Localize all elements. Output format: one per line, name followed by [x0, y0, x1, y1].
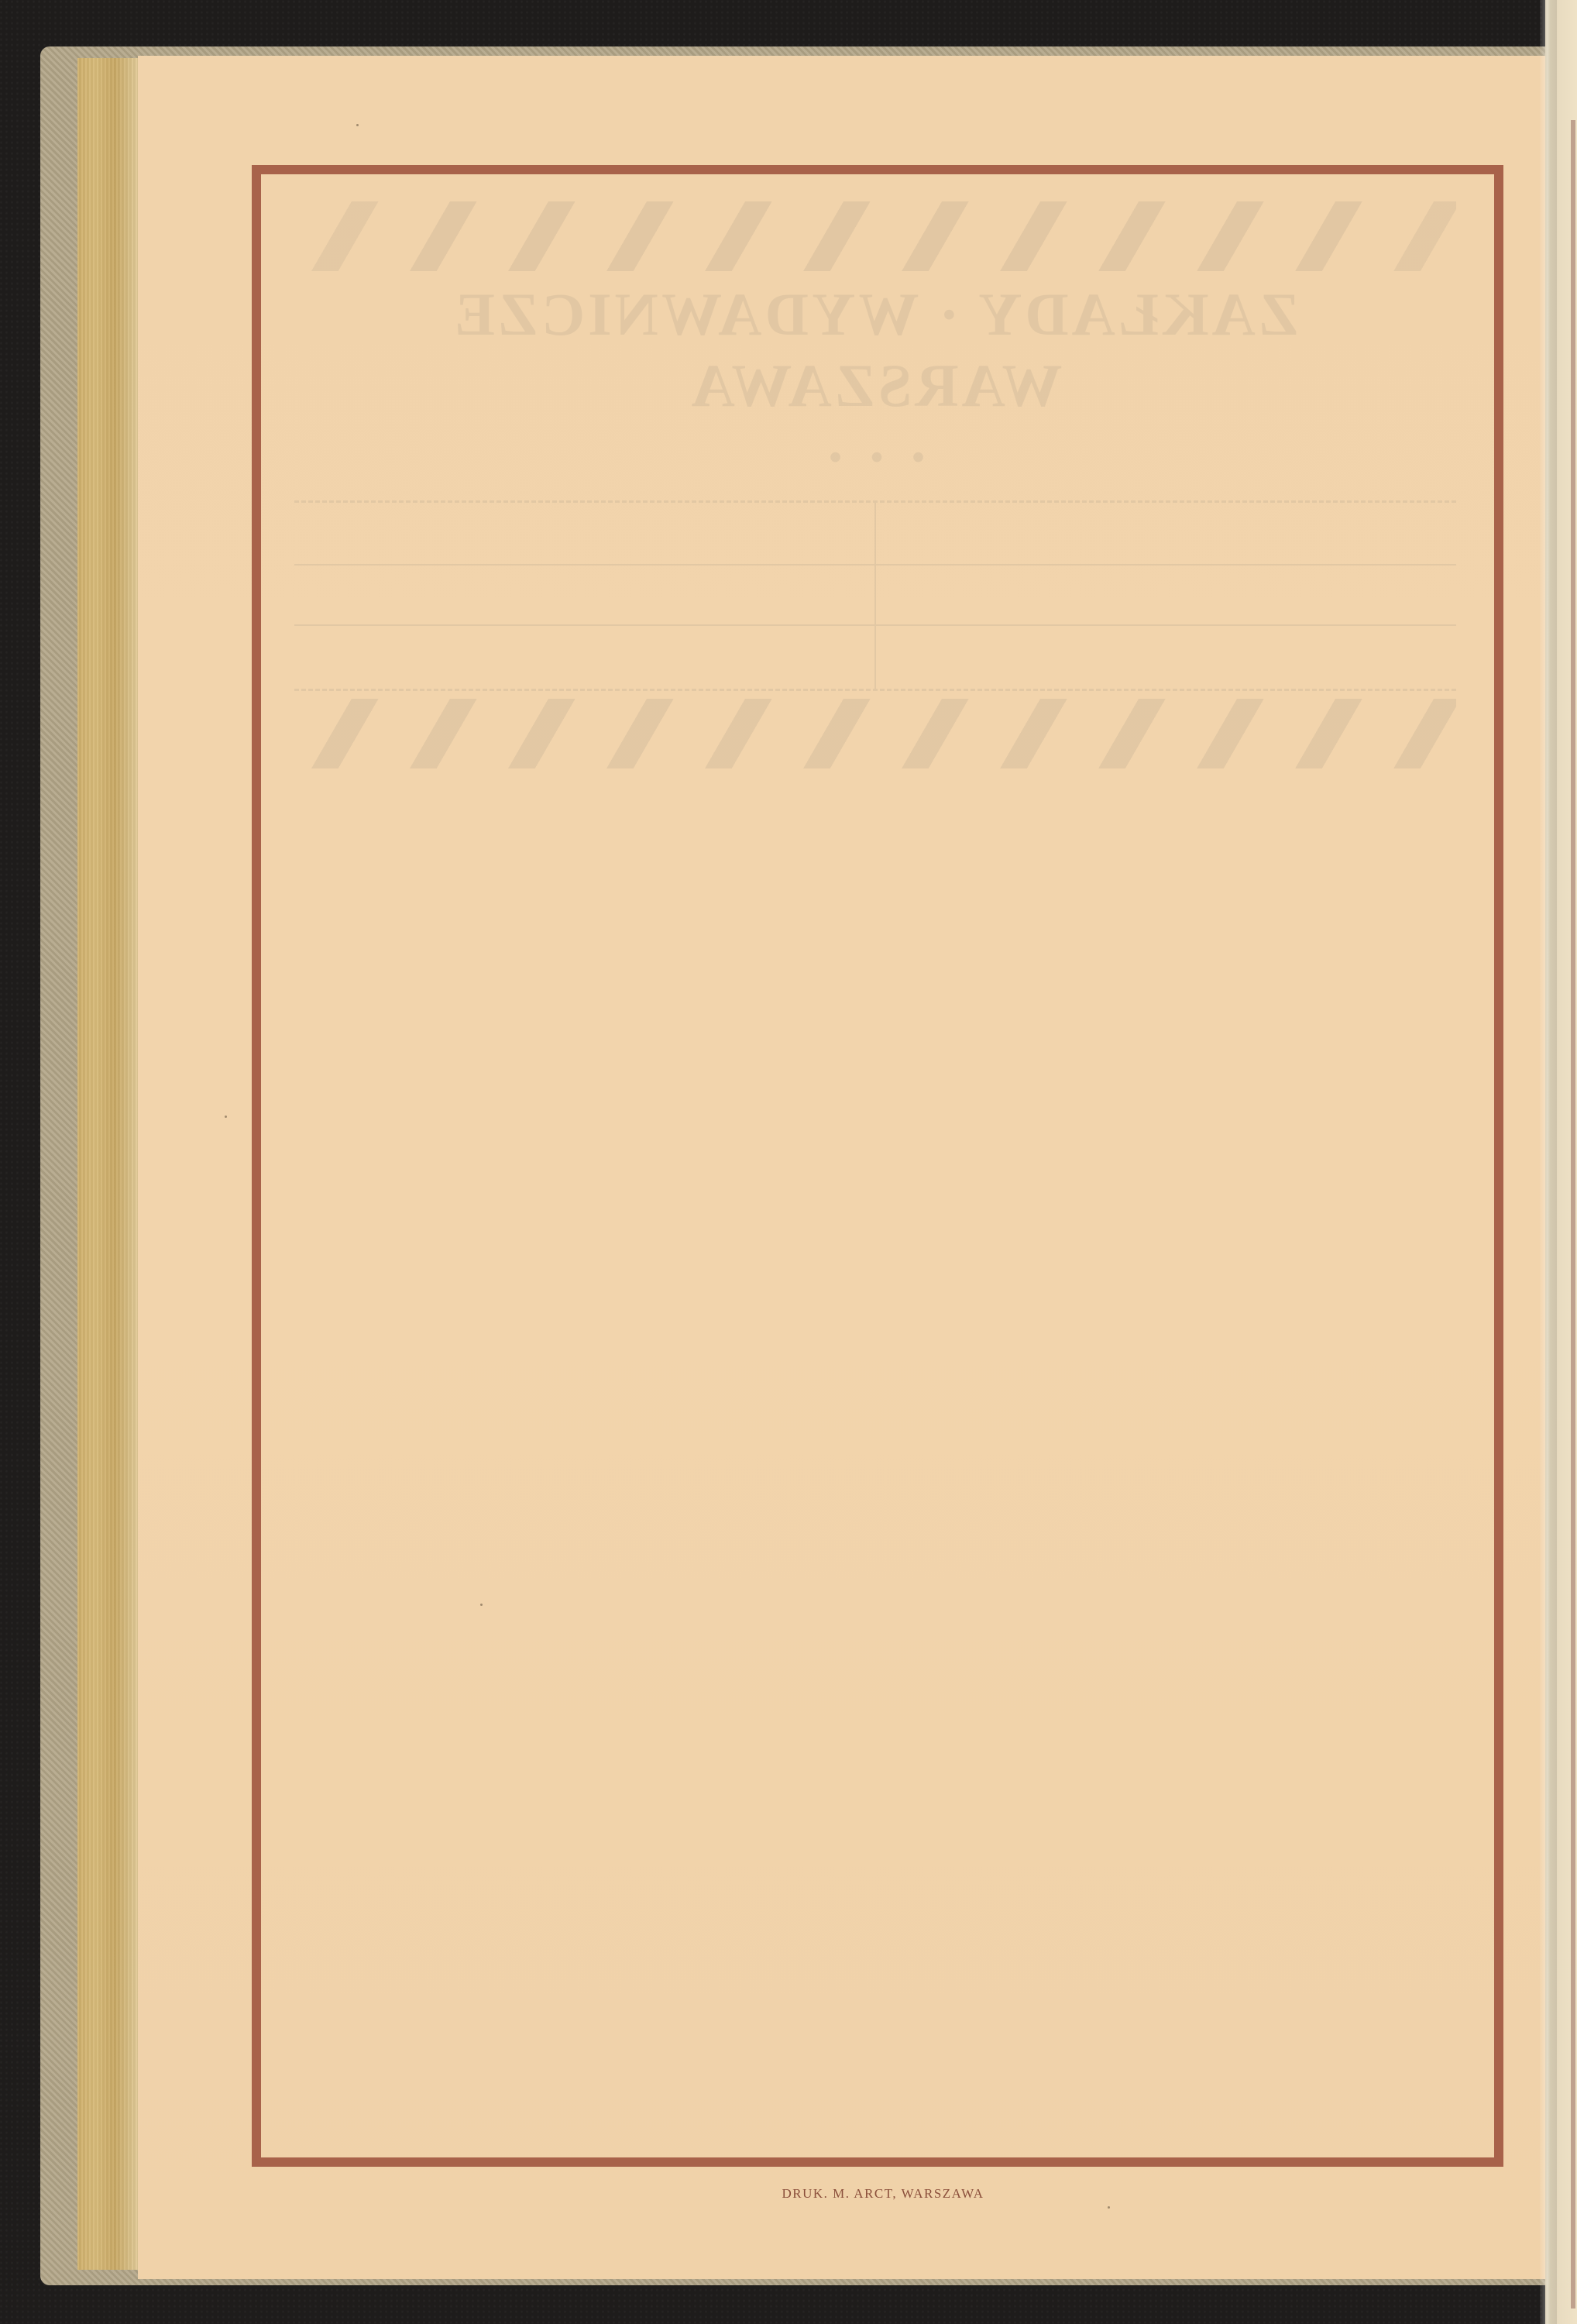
paper-speck [480, 1604, 483, 1606]
glass-plate-edge [1540, 0, 1557, 2324]
printer-imprint: DRUK. M. ARCT, WARSZAWA [0, 2186, 1577, 2202]
paper-speck [356, 124, 359, 126]
paper-speck [225, 1116, 227, 1118]
decorative-border-frame [252, 165, 1503, 2167]
paper-speck [1108, 2206, 1110, 2209]
page-stack-edge [77, 58, 139, 2270]
adjacent-page-border [1571, 120, 1575, 2309]
